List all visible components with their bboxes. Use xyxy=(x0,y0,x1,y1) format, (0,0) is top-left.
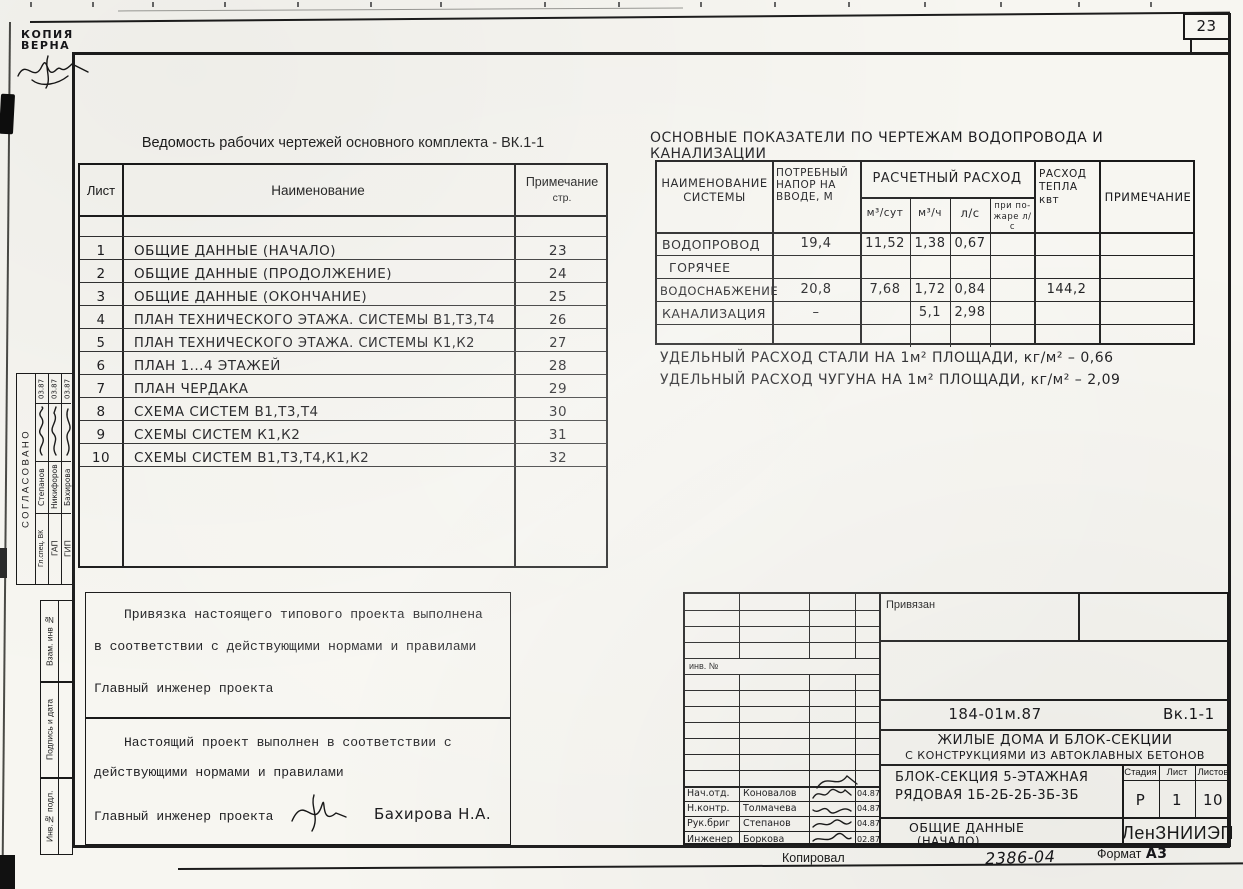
divider-line xyxy=(685,610,879,611)
signer-role: Н.контр. xyxy=(687,803,730,814)
register-row: 10СХЕМЫ СИСТЕМ В1,Т3,Т4,К1,К232 xyxy=(80,444,606,467)
m3-h-value: 1,38 xyxy=(910,236,950,251)
divider-line xyxy=(297,2,299,7)
stage-value: Р xyxy=(1122,791,1159,809)
divider-line xyxy=(30,2,32,7)
divider-line xyxy=(879,699,1231,701)
divider-line xyxy=(657,301,1193,302)
divider-line xyxy=(370,2,372,7)
divider-line xyxy=(1,22,11,887)
register-row: 9СХЕМЫ СИСТЕМ К1,К231 xyxy=(80,421,606,444)
scan-artifact xyxy=(0,548,7,578)
scan-artifact xyxy=(0,94,15,135)
row-sheet: 2 xyxy=(80,266,122,282)
approval-name: Бахирова xyxy=(61,461,74,513)
col-l-s: л/с xyxy=(950,206,990,220)
divider-line xyxy=(685,658,879,659)
frame-strip-replace-inv: Взам. инв № xyxy=(40,600,73,682)
divider-line xyxy=(879,764,1231,766)
divider-line xyxy=(92,2,94,7)
approval-name: Степанов xyxy=(35,461,48,513)
statement-line: Настоящий проект выполнен в соответствии… xyxy=(124,735,452,750)
row-name: ОБЩИЕ ДАННЫЕ (ПРОДОЛЖЕНИЕ) xyxy=(122,266,510,282)
signature-icon xyxy=(49,405,61,457)
col-fire-bottom: жаре л/с xyxy=(991,212,1034,232)
divider-line xyxy=(685,674,879,675)
signer-name: Коновалов xyxy=(743,788,796,799)
object-line2: РЯДОВАЯ 1Б-2Б-2Б-3Б-3Б xyxy=(895,788,1079,803)
row-note: 24 xyxy=(510,266,606,282)
statement-line: в соответствии с действующими нормами и … xyxy=(94,639,476,654)
divider-line xyxy=(879,640,1231,642)
frame-strip-inv-orig: Инв.№ подл. xyxy=(40,778,73,855)
signature-icon xyxy=(811,817,853,831)
row-name: СХЕМЫ СИСТЕМ К1,К2 xyxy=(122,427,510,443)
signer-date: 02.87 xyxy=(857,835,880,844)
system-name: КАНАЛИЗАЦИЯ xyxy=(662,306,766,321)
frame-strip-label: Инв.№ подл. xyxy=(41,779,58,853)
divider-line xyxy=(224,2,226,7)
divider-line xyxy=(118,8,683,12)
signature-icon xyxy=(36,405,48,457)
divider-line xyxy=(72,845,1230,848)
row-sheet: 4 xyxy=(80,313,122,328)
divider-line xyxy=(700,2,702,7)
frame-strip-sign-date: Подпись и дата xyxy=(40,682,73,778)
m3-h-value: 5,1 xyxy=(910,305,950,320)
row-note: 26 xyxy=(510,313,606,328)
m3-day-value: 7,68 xyxy=(860,282,910,297)
approval-date: 03.87 xyxy=(61,374,74,403)
col-note: ПРИМЕЧАНИЕ xyxy=(1099,190,1197,204)
row-name: ПЛАН ЧЕРДАКА xyxy=(122,381,510,397)
content-line2: (НАЧАЛО) xyxy=(917,834,980,848)
divider-line xyxy=(35,403,71,404)
col-m3-day: м³/сут xyxy=(860,207,910,219)
heat-value: 144,2 xyxy=(1034,282,1099,297)
l-s-value: 2,98 xyxy=(950,305,990,320)
row-note: 23 xyxy=(510,243,606,259)
row-note: 31 xyxy=(510,427,606,443)
divider-line xyxy=(809,674,810,847)
content-line1: ОБЩИЕ ДАННЫЕ xyxy=(909,820,1024,835)
signer-date: 04.87 xyxy=(857,789,880,798)
row-note: 25 xyxy=(510,289,606,305)
organization-name: ЛенЗНИИЭП xyxy=(1122,823,1231,844)
divider-line xyxy=(440,2,442,7)
divider-line xyxy=(1034,162,1036,343)
signature-icon xyxy=(811,832,853,846)
signer-role: Главный инженер проекта xyxy=(94,681,273,696)
col-m3-h: м³/ч xyxy=(910,207,950,219)
scanned-drawing-sheet: 23 КОПИЯ ВЕРНА Ведомость рабочих чертеже… xyxy=(0,0,1243,889)
system-name: ГОРЯЧЕЕ xyxy=(669,260,731,275)
register-row: 4ПЛАН ТЕХНИЧЕСКОГО ЭТАЖА. СИСТЕМЫ В1,Т3,… xyxy=(80,306,606,329)
register-row: 1ОБЩИЕ ДАННЫЕ (НАЧАЛО)23 xyxy=(80,237,606,260)
statement-line: Привязка настоящего типового проекта вып… xyxy=(124,607,483,622)
divider-line xyxy=(657,255,1193,256)
signer-role: Рук.бриг xyxy=(687,818,730,829)
divider-line xyxy=(685,642,879,643)
system-name: ВОДОСНАБЖЕНИЕ xyxy=(660,284,778,298)
project-name-line1: ЖИЛЫЕ ДОМА И БЛОК-СЕКЦИИ xyxy=(879,732,1231,748)
divider-line xyxy=(685,706,879,707)
row-name: СХЕМЫ СИСТЕМ В1,Т3,Т4,К1,К2 xyxy=(122,450,510,466)
register-row: 3ОБЩИЕ ДАННЫЕ (ОКОНЧАНИЕ)25 xyxy=(80,283,606,306)
m3-h-value: 1,72 xyxy=(910,282,950,297)
row-sheet: 10 xyxy=(80,450,122,466)
divider-line xyxy=(739,674,740,847)
register-col-sheet: Лист xyxy=(80,183,122,198)
divider-line xyxy=(1150,2,1152,7)
register-row: 8СХЕМА СИСТЕМ В1,Т3,Т430 xyxy=(80,398,606,421)
register-col-note: Примечание xyxy=(514,175,610,189)
register-title: Ведомость рабочих чертежей основного ком… xyxy=(78,135,608,151)
signer-date: 04.87 xyxy=(857,804,880,813)
register-row: 6ПЛАН 1...4 ЭТАЖЕЙ28 xyxy=(80,352,606,375)
copied-by-label: Копировал xyxy=(782,851,845,865)
register-row: 5ПЛАН ТЕХНИЧЕСКОГО ЭТАЖА. СИСТЕМЫ К1,К22… xyxy=(80,329,606,352)
object-line1: БЛОК-СЕКЦИЯ 5-ЭТАЖНАЯ xyxy=(895,770,1088,785)
sheet-value: 1 xyxy=(1159,791,1195,809)
inv-label: инв. № xyxy=(689,661,718,671)
divider-line xyxy=(657,324,1193,325)
divider-line xyxy=(1000,2,1002,7)
row-sheet: 5 xyxy=(80,336,122,351)
signer-role: Нач.отд. xyxy=(687,788,730,799)
sheets-value: 10 xyxy=(1195,791,1231,809)
divider-line xyxy=(860,197,1035,199)
register-col-name: Наименование xyxy=(122,183,514,198)
signer-name: Бахирова Н.А. xyxy=(374,805,491,823)
approval-strip: СОГЛАСОВАНО 03.87 03.87 03.87 Степанов Н… xyxy=(16,373,73,585)
frame-strip-label: Взам. инв № xyxy=(41,601,58,680)
divider-line xyxy=(860,162,862,343)
row-name: ОБЩИЕ ДАННЫЕ (ОКОНЧАНИЕ) xyxy=(122,289,510,305)
project-name-line2: С КОНСТРУКЦИЯМИ ИЗ АВТОКЛАВНЫХ БЕТОНОВ xyxy=(879,749,1231,762)
approval-role: ГАП xyxy=(48,513,61,584)
scan-artifact xyxy=(0,855,15,889)
row-sheet: 3 xyxy=(80,289,122,305)
copy-stamp: КОПИЯ ВЕРНА xyxy=(21,29,74,51)
set-code: Вк.1-1 xyxy=(1163,705,1215,723)
divider-line xyxy=(1122,780,1231,781)
divider-line xyxy=(924,2,926,7)
signer-date: 04.87 xyxy=(857,819,880,828)
format-note: Формат А3 xyxy=(1097,845,1167,863)
film-tick-marks xyxy=(0,0,1243,8)
row-name: ПЛАН ТЕХНИЧЕСКОГО ЭТАЖА. СИСТЕМЫ К1,К2 xyxy=(122,336,510,351)
l-s-value: 0,67 xyxy=(950,236,990,251)
stage-label: Стадия xyxy=(1122,767,1159,778)
row-sheet: 8 xyxy=(80,404,122,420)
divider-line xyxy=(685,626,879,627)
row-sheet: 6 xyxy=(80,358,122,374)
divider-line xyxy=(30,12,1230,23)
divider-line xyxy=(178,862,1243,870)
sheets-label: Листов xyxy=(1195,767,1231,778)
signature-icon xyxy=(284,787,350,835)
title-block: инв. № Нач.отд. Коновалов 04.87 Н.контр.… xyxy=(683,592,1229,845)
pressure-value: – xyxy=(772,305,860,320)
divider-line xyxy=(58,683,59,777)
row-note: 27 xyxy=(510,336,606,351)
col-pressure: ПОТРЕБНЫЙ НАПОР НА ВВОДЕ, М xyxy=(776,167,858,203)
divider-line xyxy=(774,2,776,7)
row-note: 29 xyxy=(510,381,606,397)
divider-line xyxy=(1078,2,1080,7)
series-code: 184-01м.87 xyxy=(905,705,1085,723)
m3-day-value: 11,52 xyxy=(860,236,910,251)
divider-line xyxy=(685,690,879,691)
divider-line xyxy=(58,601,59,681)
note-iron: УДЕЛЬНЫЙ РАСХОД ЧУГУНА НА 1м² ПЛОЩАДИ, к… xyxy=(660,372,1120,388)
approval-role: ГИП xyxy=(61,513,74,584)
divider-line xyxy=(685,722,879,723)
project-statement-box: Настоящий проект выполнен в соответствии… xyxy=(85,718,511,845)
pressure-value: 20,8 xyxy=(772,282,860,297)
signature-icon xyxy=(12,50,96,92)
register-row: 7ПЛАН ЧЕРДАКА29 xyxy=(80,375,606,398)
register-row: 2ОБЩИЕ ДАННЫЕ (ПРОДОЛЖЕНИЕ)24 xyxy=(80,260,606,283)
divider-line xyxy=(618,2,620,7)
approval-role: Гл.спец. ВК xyxy=(35,513,48,584)
divider-line xyxy=(72,52,1230,55)
divider-line xyxy=(152,2,154,7)
signer-name: Боркова xyxy=(743,834,784,845)
system-name: ВОДОПРОВОД xyxy=(662,237,760,252)
page-number-box: 23 xyxy=(1183,13,1230,40)
approval-date: 03.87 xyxy=(35,374,48,403)
divider-line xyxy=(1078,594,1080,640)
order-number: 2386-04 xyxy=(985,847,1056,868)
drawings-register-table: Лист Наименование Примечание стр. 1ОБЩИЕ… xyxy=(78,163,608,568)
signer-role: Инженер xyxy=(687,834,733,845)
statement-line: действующими нормами и правилами xyxy=(94,765,344,780)
signer-name: Степанов xyxy=(743,818,791,829)
row-name: ПЛАН 1...4 ЭТАЖЕЙ xyxy=(122,358,510,374)
row-name: ПЛАН ТЕХНИЧЕСКОГО ЭТАЖА. СИСТЕМЫ В1,Т3,Т… xyxy=(122,313,510,328)
frame-strip-label: Подпись и дата xyxy=(41,683,58,776)
register-col-note-sub: стр. xyxy=(514,192,610,204)
row-note: 32 xyxy=(510,450,606,466)
row-note: 30 xyxy=(510,404,606,420)
format-value: А3 xyxy=(1146,846,1168,862)
note-steel: УДЕЛЬНЫЙ РАСХОД СТАЛИ НА 1м² ПЛОЩАДИ, кг… xyxy=(660,350,1114,366)
divider-line xyxy=(685,754,879,755)
divider-line xyxy=(879,817,1231,819)
divider-line xyxy=(58,779,59,854)
row-sheet: 9 xyxy=(80,427,122,443)
signer-name: Толмачева xyxy=(743,803,797,814)
signature-icon xyxy=(813,770,859,792)
approval-label: СОГЛАСОВАНО xyxy=(17,374,35,582)
row-sheet: 1 xyxy=(80,243,122,259)
divider-line xyxy=(657,232,1193,234)
col-fire-top: при по- xyxy=(991,201,1034,211)
row-name: ОБЩИЕ ДАННЫЕ (НАЧАЛО) xyxy=(122,243,510,259)
signature-icon xyxy=(811,802,853,816)
row-sheet: 7 xyxy=(80,381,122,397)
sheet-label: Лист xyxy=(1159,767,1195,778)
row-name: СХЕМА СИСТЕМ В1,Т3,Т4 xyxy=(122,404,510,420)
l-s-value: 0,84 xyxy=(950,282,990,297)
signer-role: Главный инженер проекта xyxy=(94,809,273,824)
divider-line xyxy=(544,2,546,7)
col-heat: РАСХОД ТЕПЛА квт xyxy=(1039,168,1097,207)
indicators-title: ОСНОВНЫЕ ПОКАЗАТЕЛИ ПО ЧЕРТЕЖАМ ВОДОПРОВ… xyxy=(650,130,1210,162)
approval-date: 03.87 xyxy=(48,374,61,403)
row-note: 28 xyxy=(510,358,606,374)
divider-line xyxy=(657,278,1193,279)
approval-name: Никифоров xyxy=(48,461,61,513)
binding-statement-box: Привязка настоящего типового проекта вып… xyxy=(85,592,511,718)
col-system: НАИМЕНОВАНИЕ СИСТЕМЫ xyxy=(659,176,770,204)
signature-icon xyxy=(62,405,74,457)
divider-line xyxy=(855,674,856,847)
page-number: 23 xyxy=(1185,15,1228,38)
col-flow-group: РАСЧЕТНЫЙ РАСХОД xyxy=(860,171,1034,186)
format-label: Формат xyxy=(1097,847,1141,861)
divider-line xyxy=(685,738,879,739)
divider-line xyxy=(879,729,1231,731)
divider-line xyxy=(848,2,850,7)
pressure-value: 19,4 xyxy=(772,236,860,251)
indicators-table: НАИМЕНОВАНИЕ СИСТЕМЫ ПОТРЕБНЫЙ НАПОР НА … xyxy=(655,160,1195,345)
attached-label: Привязан xyxy=(886,599,935,611)
